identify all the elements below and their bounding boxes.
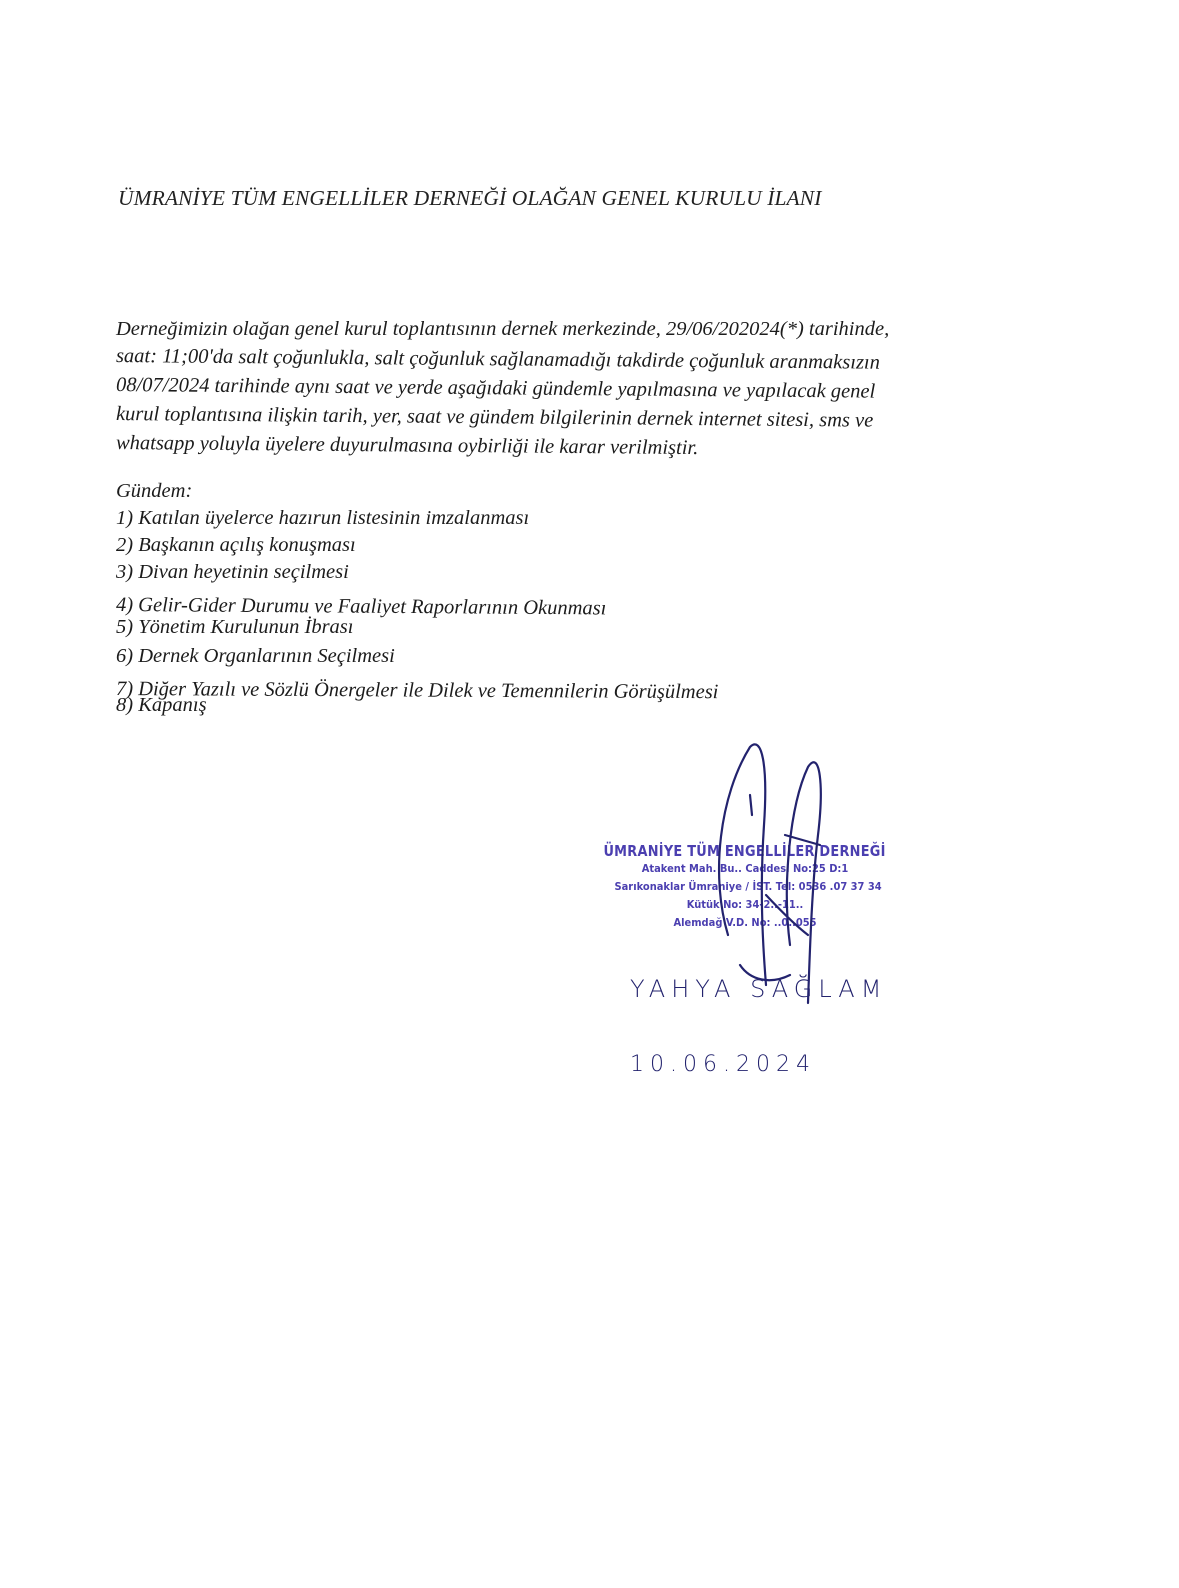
stamp-line: Sarıkonaklar Ümraniye / İST. Tel: 0536 .… [615,878,876,896]
agenda-item: 1) Katılan üyelerce hazırun listesinin i… [116,507,529,530]
agenda-item: 8) Kapanış [116,694,207,717]
stamp-org-name: ÜMRANİYE TÜM ENGELLİLER DERNEĞİ [600,842,849,860]
association-stamp: ÜMRANİYE TÜM ENGELLİLER DERNEĞİ Atakent … [600,842,890,932]
signatory-name: YAHYA SAĞLAM [630,975,887,1003]
paragraph-line: whatsapp yoluyla üyelere duyurulmasına o… [116,432,698,460]
stamp-line: Kütük No: 34-2..-11.. [615,896,876,914]
document-title: ÜMRANİYE TÜM ENGELLİLER DERNEĞİ OLAĞAN G… [118,186,821,211]
paragraph-line: Derneğimizin olağan genel kurul toplantı… [116,318,889,341]
paragraph-line: kurul toplantısına ilişkin tarih, yer, s… [116,403,873,433]
agenda-item: 3) Divan heyetinin seçilmesi [116,561,349,584]
paragraph-line: 08/07/2024 tarihinde aynı saat ve yerde … [116,374,875,404]
agenda-item: 6) Dernek Organlarının Seçilmesi [116,645,395,668]
agenda-item: 2) Başkanın açılış konuşması [116,534,356,557]
paragraph-line: saat: 11;00'da salt çoğunlukla, salt çoğ… [116,345,880,375]
document-page: ÜMRANİYE TÜM ENGELLİLER DERNEĞİ OLAĞAN G… [0,0,1179,1588]
stamp-line: Alemdağ V.D. No: ..0..055 [615,914,876,932]
agenda-item: 5) Yönetim Kurulunun İbrası [116,616,353,639]
signed-date: 10.06.2024 [630,1052,816,1077]
agenda-heading: Gündem: [116,480,192,503]
stamp-line: Atakent Mah. Bu.. Caddesi No:25 D:1 [615,860,876,878]
